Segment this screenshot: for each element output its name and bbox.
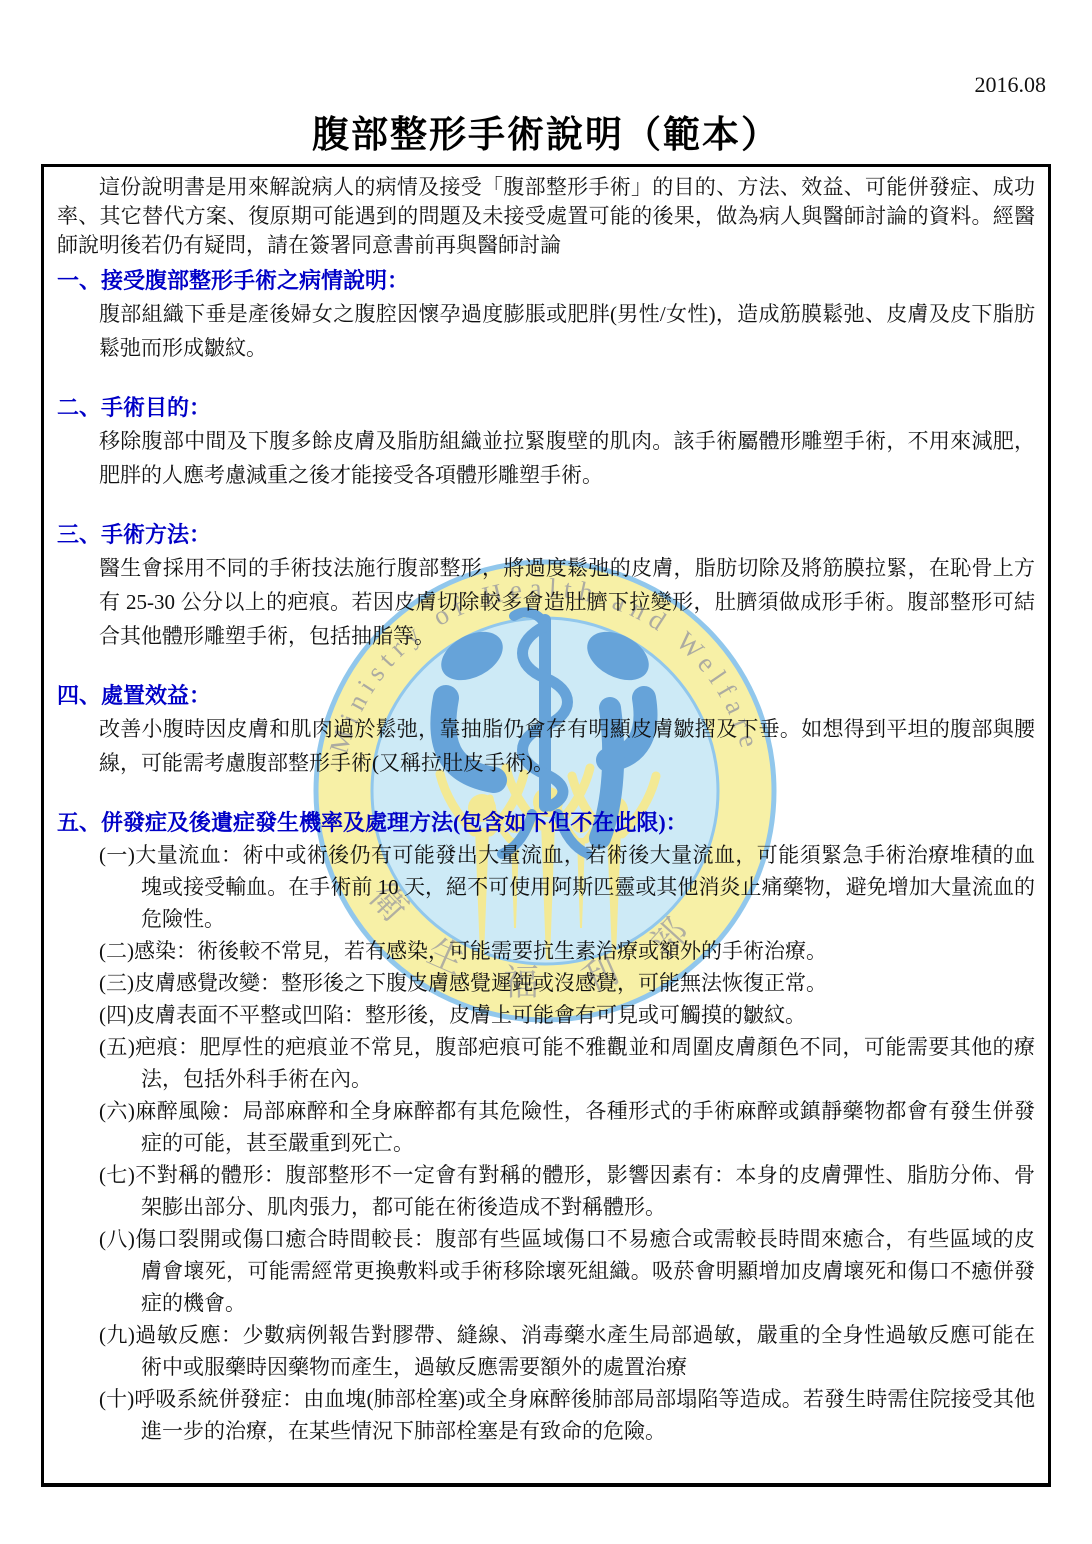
item-text: 呼吸系統併發症：由血塊(肺部栓塞)或全身麻醉後肺部局部塌陷等造成。若發生時需住院… [134, 1387, 1035, 1443]
document-border-box: 這份說明書是用來解說病人的病情及接受「腹部整形手術」的目的、方法、效益、可能併發… [41, 164, 1051, 1487]
complication-item-5: (五)疤痕：肥厚性的疤痕並不常見，腹部疤痕可能不雅觀並和周圍皮膚顏色不同，可能需… [99, 1031, 1035, 1095]
section-1-body: 腹部組織下垂是產後婦女之腹腔因懷孕過度膨脹或肥胖(男性/女性)，造成筋膜鬆弛、皮… [99, 297, 1035, 365]
complication-item-6: (六)麻醉風險：局部麻醉和全身麻醉都有其危險性，各種形式的手術麻醉或鎮靜藥物都會… [99, 1095, 1035, 1159]
section-5-heading: 五、併發症及後遺症發生機率及處理方法(包含如下但不在此限)： [57, 806, 1035, 839]
item-text: 不對稱的體形：腹部整形不一定會有對稱的體形，影響因素有：本身的皮膚彈性、脂肪分佈… [135, 1163, 1035, 1219]
item-number: (一) [99, 843, 135, 867]
section-title: 手術目的： [101, 395, 211, 420]
item-number: (三) [99, 971, 134, 995]
item-number: (八) [99, 1227, 135, 1251]
section-title: 處置效益： [101, 683, 211, 708]
section-5: 五、併發症及後遺症發生機率及處理方法(包含如下但不在此限)： (一)大量流血：術… [57, 806, 1035, 1447]
item-number: (二) [99, 939, 134, 963]
document-page: { "page": { "date": "2016.08", "title": … [0, 0, 1092, 1544]
section-4: 四、處置效益： 改善小腹時因皮膚和肌肉過於鬆弛，靠抽脂仍會存有明顯皮膚皺摺及下垂… [57, 679, 1035, 780]
complication-item-10: (十)呼吸系統併發症：由血塊(肺部栓塞)或全身麻醉後肺部局部塌陷等造成。若發生時… [99, 1383, 1035, 1447]
item-text: 皮膚表面不平整或凹陷：整形後，皮膚上可能會有可見或可觸摸的皺紋。 [134, 1003, 806, 1027]
complication-item-1: (一)大量流血：術中或術後仍有可能發出大量流血，若術後大量流血，可能須緊急手術治… [99, 839, 1035, 935]
section-number: 五、 [57, 806, 101, 839]
section-number: 二、 [57, 391, 101, 424]
item-number: (十) [99, 1387, 134, 1411]
item-text: 過敏反應：少數病例報告對膠帶、縫線、消毒藥水產生局部過敏，嚴重的全身性過敏反應可… [135, 1323, 1035, 1379]
complication-item-7: (七)不對稱的體形：腹部整形不一定會有對稱的體形，影響因素有：本身的皮膚彈性、脂… [99, 1159, 1035, 1223]
item-text: 疤痕：肥厚性的疤痕並不常見，腹部疤痕可能不雅觀並和周圍皮膚顏色不同，可能需要其他… [135, 1035, 1035, 1091]
section-title: 手術方法： [101, 522, 211, 547]
complication-item-9: (九)過敏反應：少數病例報告對膠帶、縫線、消毒藥水產生局部過敏，嚴重的全身性過敏… [99, 1319, 1035, 1383]
item-text: 感染：術後較不常見，若有感染，可能需要抗生素治療或額外的手術治療。 [134, 939, 827, 963]
page-title: 腹部整形手術說明（範本） [0, 104, 1092, 158]
item-text: 皮膚感覺改變：整形後之下腹皮膚感覺遲鈍或沒感覺，可能無法恢復正常。 [134, 971, 827, 995]
section-3: 三、手術方法： 醫生會採用不同的手術技法施行腹部整形，將過度鬆弛的皮膚，脂肪切除… [57, 518, 1035, 653]
intro-paragraph: 這份說明書是用來解說病人的病情及接受「腹部整形手術」的目的、方法、效益、可能併發… [57, 173, 1035, 260]
section-2: 二、手術目的： 移除腹部中間及下腹多餘皮膚及脂肪組織並拉緊腹壁的肌肉。該手術屬體… [57, 391, 1035, 492]
document-date: 2016.08 [975, 72, 1047, 98]
section-title: 併發症及後遺症發生機率及處理方法(包含如下但不在此限)： [101, 810, 688, 835]
section-2-heading: 二、手術目的： [57, 391, 1035, 424]
section-1: 一、接受腹部整形手術之病情說明： 腹部組織下垂是產後婦女之腹腔因懷孕過度膨脹或肥… [57, 264, 1035, 365]
section-number: 三、 [57, 518, 101, 551]
complication-item-8: (八)傷口裂開或傷口癒合時間較長：腹部有些區域傷口不易癒合或需較長時間來癒合，有… [99, 1223, 1035, 1319]
complication-item-2: (二)感染：術後較不常見，若有感染，可能需要抗生素治療或額外的手術治療。 [99, 935, 1035, 967]
item-number: (七) [99, 1163, 135, 1187]
document-content: 這份說明書是用來解說病人的病情及接受「腹部整形手術」的目的、方法、效益、可能併發… [44, 167, 1048, 1483]
item-text: 大量流血：術中或術後仍有可能發出大量流血，若術後大量流血，可能須緊急手術治療堆積… [135, 843, 1035, 931]
section-3-heading: 三、手術方法： [57, 518, 1035, 551]
item-number: (五) [99, 1035, 135, 1059]
item-number: (六) [99, 1099, 135, 1123]
section-4-heading: 四、處置效益： [57, 679, 1035, 712]
item-number: (九) [99, 1323, 135, 1347]
section-1-heading: 一、接受腹部整形手術之病情說明： [57, 264, 1035, 297]
complication-item-3: (三)皮膚感覺改變：整形後之下腹皮膚感覺遲鈍或沒感覺，可能無法恢復正常。 [99, 967, 1035, 999]
item-text: 傷口裂開或傷口癒合時間較長：腹部有些區域傷口不易癒合或需較長時間來癒合，有些區域… [135, 1227, 1035, 1315]
section-3-body: 醫生會採用不同的手術技法施行腹部整形，將過度鬆弛的皮膚，脂肪切除及將筋膜拉緊，在… [99, 551, 1035, 653]
section-number: 四、 [57, 679, 101, 712]
item-number: (四) [99, 1003, 134, 1027]
complication-list: (一)大量流血：術中或術後仍有可能發出大量流血，若術後大量流血，可能須緊急手術治… [99, 839, 1035, 1447]
item-text: 麻醉風險：局部麻醉和全身麻醉都有其危險性，各種形式的手術麻醉或鎮靜藥物都會有發生… [135, 1099, 1035, 1155]
section-4-body: 改善小腹時因皮膚和肌肉過於鬆弛，靠抽脂仍會存有明顯皮膚皺摺及下垂。如想得到平坦的… [99, 712, 1035, 780]
section-title: 接受腹部整形手術之病情說明： [101, 268, 409, 293]
section-number: 一、 [57, 264, 101, 297]
section-2-body: 移除腹部中間及下腹多餘皮膚及脂肪組織並拉緊腹壁的肌肉。該手術屬體形雕塑手術，不用… [99, 424, 1035, 492]
complication-item-4: (四)皮膚表面不平整或凹陷：整形後，皮膚上可能會有可見或可觸摸的皺紋。 [99, 999, 1035, 1031]
